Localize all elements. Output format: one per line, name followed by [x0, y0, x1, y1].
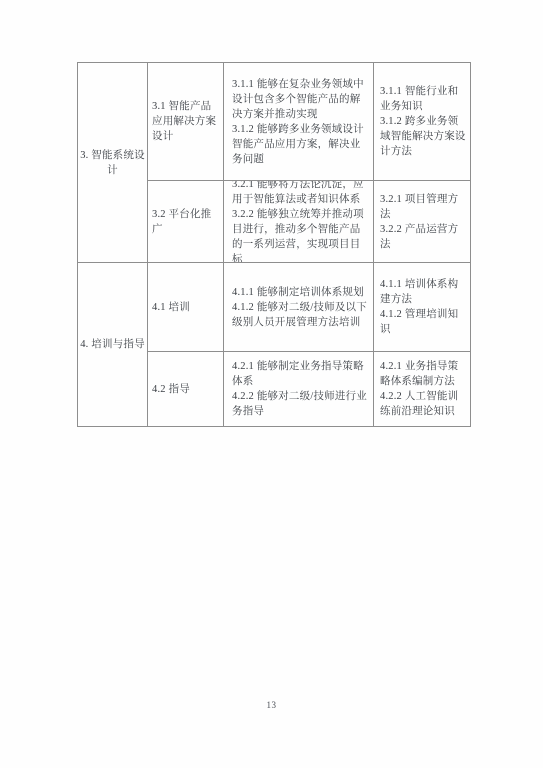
- skill-requirement-cell-3-2: 3.2.1 能够将方法论沉淀，应用于智能算法或者知识体系 3.2.2 能够独立统…: [224, 181, 374, 263]
- page-number: 13: [0, 700, 543, 710]
- occupation-skill-table: 3. 智能系统设计 3.1 智能产品应用解决方案设计 3.1.1 能够在复杂业务…: [77, 62, 471, 427]
- knowledge-cell-4-2: 4.2.1 业务指导策略体系编制方法 4.2.2 人工智能训练前沿理论知识: [374, 352, 470, 426]
- document-page: 3. 智能系统设计 3.1 智能产品应用解决方案设计 3.1.1 能够在复杂业务…: [0, 0, 543, 768]
- knowledge-cell-3-1: 3.1.1 智能行业和业务知识 3.1.2 跨多业务领域智能解决方案设计方法: [374, 63, 470, 181]
- work-item-cell-4-1: 4.1 培训: [148, 263, 224, 352]
- category-cell-3: 3. 智能系统设计: [78, 63, 148, 263]
- skill-requirement-cell-4-2: 4.2.1 能够制定业务指导策略体系 4.2.2 能够对二级/技师进行业务指导: [224, 352, 374, 426]
- work-item-cell-4-2: 4.2 指导: [148, 352, 224, 426]
- skill-requirement-cell-4-1: 4.1.1 能够制定培训体系规划 4.1.2 能够对二级/技师及以下级别人员开展…: [224, 263, 374, 352]
- work-item-cell-3-1: 3.1 智能产品应用解决方案设计: [148, 63, 224, 181]
- knowledge-cell-3-2: 3.2.1 项目管理方法 3.2.2 产品运营方法: [374, 181, 470, 263]
- work-item-cell-3-2: 3.2 平台化推广: [148, 181, 224, 263]
- knowledge-cell-4-1: 4.1.1 培训体系构建方法 4.1.2 管理培训知识: [374, 263, 470, 352]
- category-cell-4: 4. 培训与指导: [78, 263, 148, 426]
- skill-requirement-cell-3-1: 3.1.1 能够在复杂业务领域中设计包含多个智能产品的解决方案并推动实现 3.1…: [224, 63, 374, 181]
